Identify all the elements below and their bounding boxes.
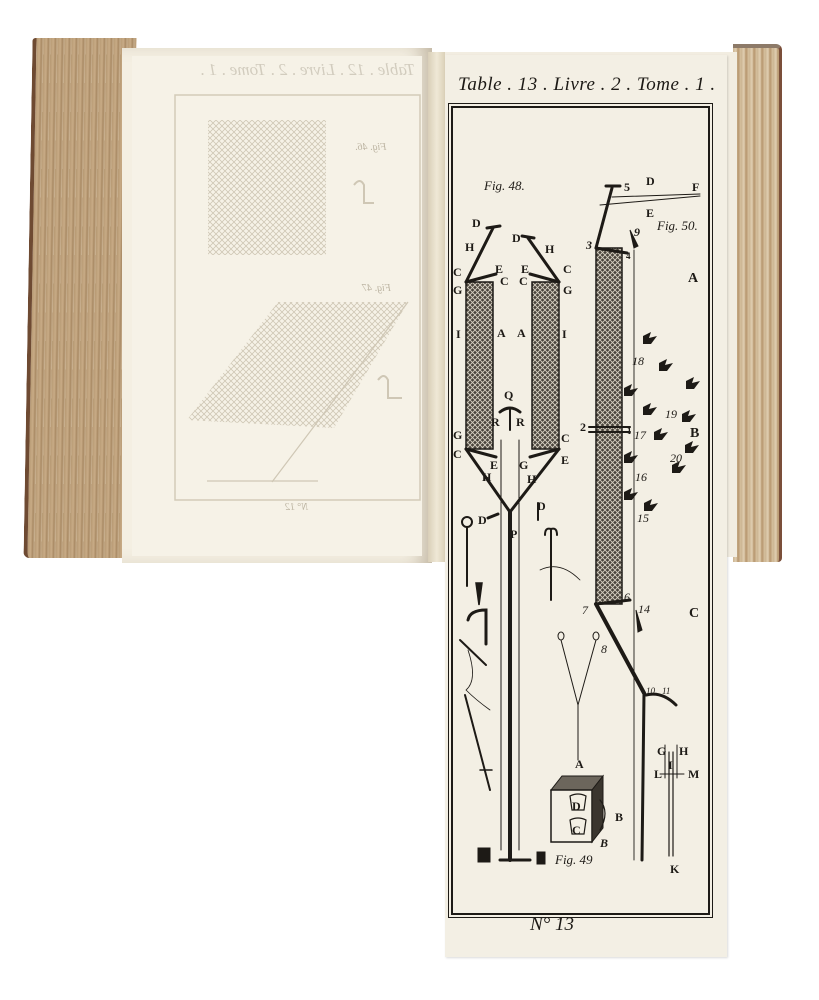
label: G	[453, 428, 462, 443]
label: 4	[626, 251, 631, 261]
label: 3	[586, 238, 592, 253]
label: I	[562, 327, 567, 342]
label: D	[512, 231, 521, 246]
label: 5	[624, 180, 630, 195]
label: C	[519, 274, 528, 289]
label: 9	[634, 225, 640, 240]
label: H	[679, 744, 688, 759]
label: K	[670, 862, 679, 877]
label: H	[527, 472, 536, 487]
label: I	[456, 327, 461, 342]
label: E	[646, 206, 654, 221]
label: 1	[627, 426, 632, 436]
label: C	[563, 262, 572, 277]
label: D	[646, 174, 655, 189]
label: E	[561, 453, 569, 468]
label: L	[654, 767, 662, 782]
engraving-illustration	[0, 0, 819, 1000]
label: H	[482, 470, 491, 485]
label: 14	[638, 602, 650, 617]
label: F	[692, 180, 699, 195]
label: B	[615, 810, 623, 825]
label: 19	[665, 407, 677, 422]
label: 17	[634, 428, 646, 443]
figure-caption-50: Fig. 50.	[657, 218, 698, 234]
label: G	[563, 283, 572, 298]
label: Q	[504, 388, 513, 403]
label: A	[497, 326, 506, 341]
label: C	[689, 606, 699, 622]
label: M	[688, 767, 699, 782]
figure-caption-49: Fig. 49	[555, 852, 593, 868]
label: 18	[632, 354, 644, 369]
label: D	[472, 216, 481, 231]
label: G	[453, 283, 462, 298]
label: B	[690, 426, 699, 442]
label: A	[688, 271, 698, 287]
label: R	[516, 415, 525, 430]
label: 16	[635, 470, 647, 485]
label: G	[519, 458, 528, 473]
label: C	[453, 447, 462, 462]
label: D	[572, 799, 581, 814]
label: 11	[662, 686, 670, 696]
label: A	[575, 757, 584, 772]
label: 8	[601, 642, 607, 657]
label: 7	[582, 603, 588, 618]
label: C	[453, 265, 462, 280]
label: A	[517, 326, 526, 341]
label: C	[500, 274, 509, 289]
label: C	[561, 431, 570, 446]
label: 6	[624, 590, 630, 605]
label: 10	[646, 686, 655, 696]
figure-caption-48: Fig. 48.	[484, 178, 525, 194]
label: H	[465, 240, 474, 255]
label: G	[657, 744, 666, 759]
label: 20	[670, 451, 682, 466]
label: P	[510, 527, 517, 542]
label: C	[572, 823, 581, 838]
label: B	[600, 836, 608, 851]
label: D	[478, 513, 487, 528]
label: D	[537, 499, 546, 514]
label: 15	[637, 511, 649, 526]
label: H	[545, 242, 554, 257]
label: 2	[580, 420, 586, 435]
plate-number: N° 13	[530, 914, 574, 936]
label: I	[668, 758, 673, 773]
label: R	[491, 415, 500, 430]
